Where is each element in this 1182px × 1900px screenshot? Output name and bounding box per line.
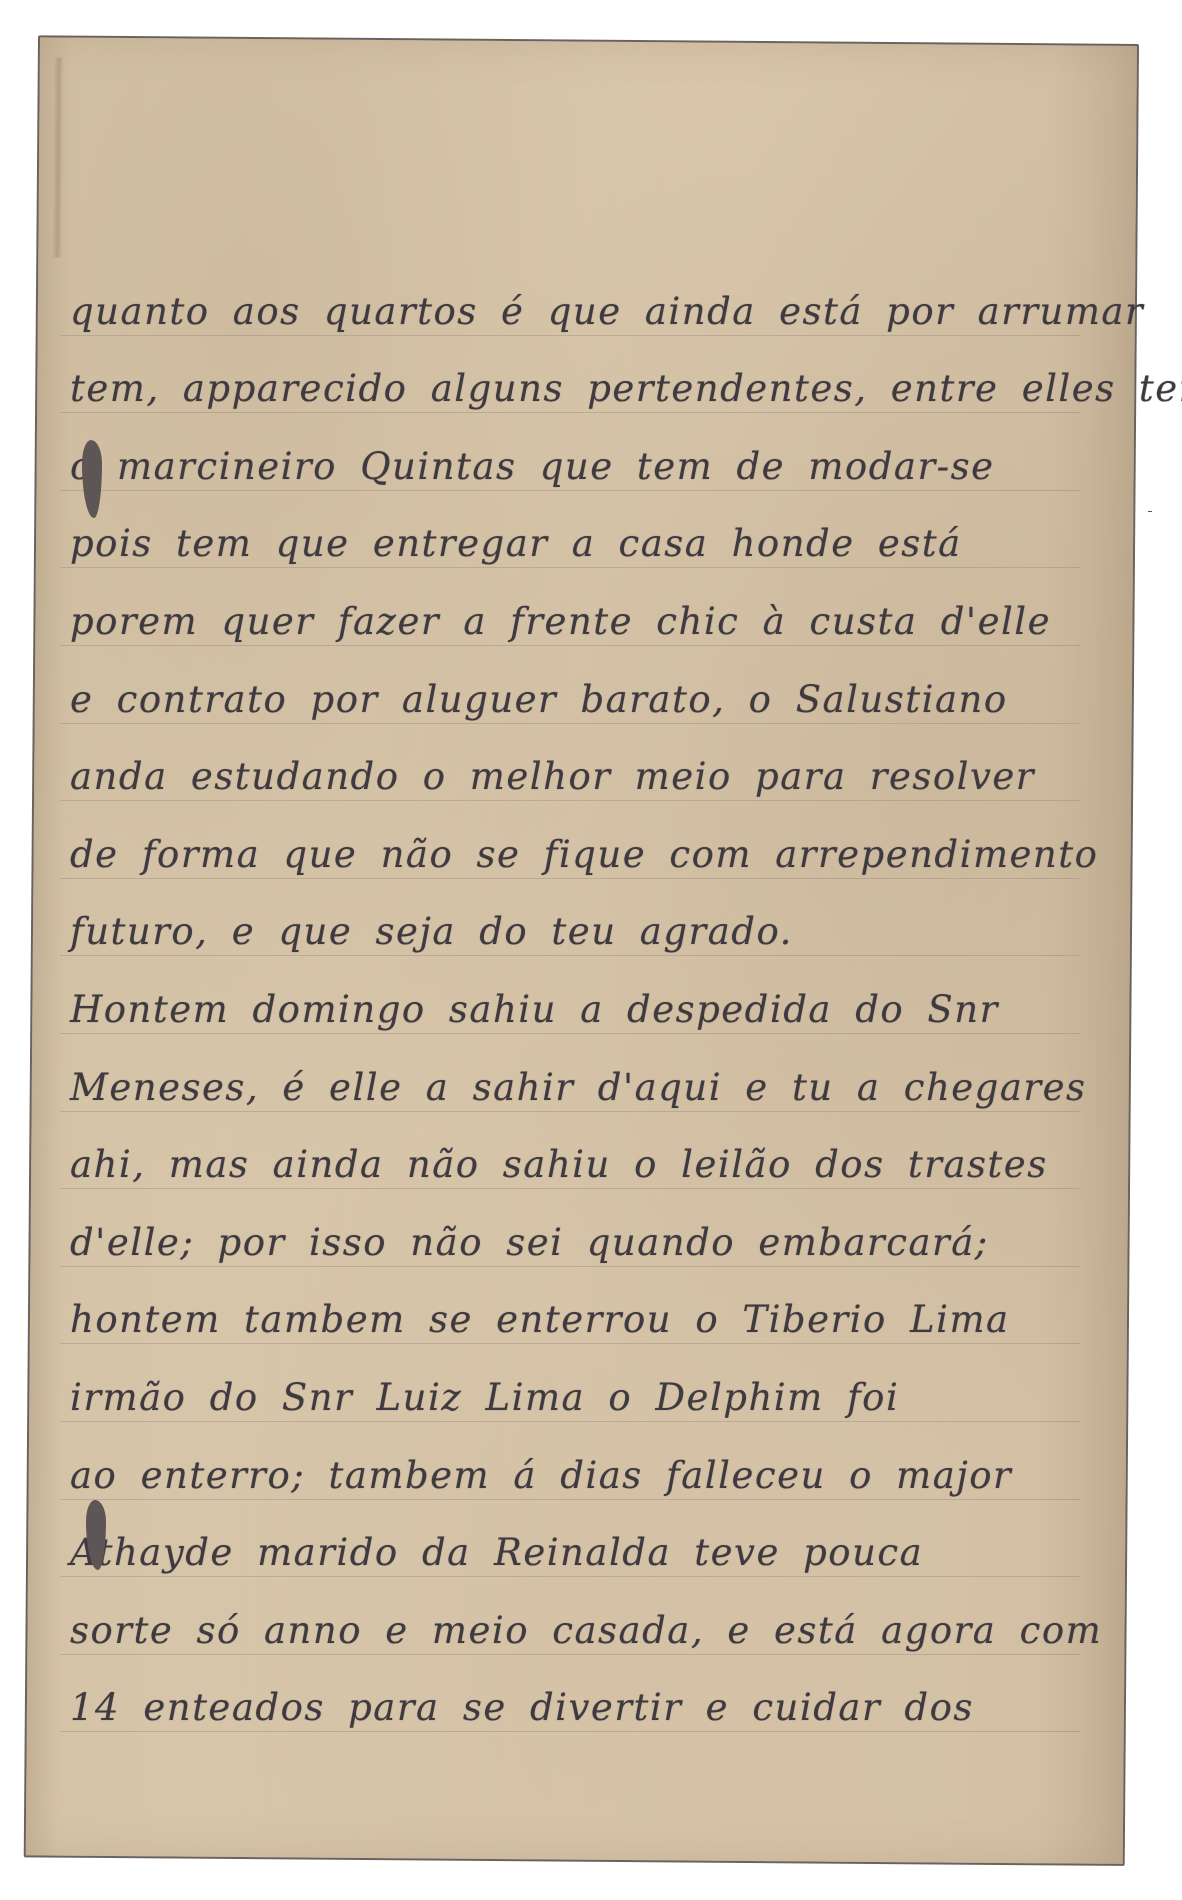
text-line: tem, apparecido alguns pertendentes, ent… — [60, 336, 1080, 414]
text-line: e contrato por aluguer barato, o Salusti… — [60, 646, 1080, 724]
text-line: futuro, e que seja do teu agrado. — [60, 879, 1080, 957]
scan-speck — [1148, 511, 1152, 512]
text-line: ao enterro; tambem á dias falleceu o maj… — [60, 1422, 1080, 1500]
line-text: de forma que não se fique com arrependim… — [70, 833, 1098, 876]
text-line: Athayde marido da Reinalda teve pouca — [60, 1500, 1080, 1578]
line-text: ao enterro; tambem á dias falleceu o maj… — [70, 1454, 1012, 1497]
line-text: 14 enteados para se divertir e cuidar do… — [70, 1686, 974, 1729]
line-text: Athayde marido da Reinalda teve pouca — [70, 1531, 923, 1574]
line-text: anda estudando o melhor meio para resolv… — [70, 755, 1035, 798]
line-text: ahi, mas ainda não sahiu o leilão dos tr… — [70, 1143, 1048, 1186]
text-line: porem quer fazer a frente chic à custa d… — [60, 568, 1080, 646]
line-text: tem, apparecido alguns pertendentes, ent… — [70, 367, 1182, 410]
line-text: porem quer fazer a frente chic à custa d… — [70, 600, 1051, 643]
line-text: d'elle; por isso não sei quando embarcar… — [70, 1221, 989, 1264]
text-line: pois tem que entregar a casa honde está — [60, 491, 1080, 569]
line-text: irmão do Snr Luiz Lima o Delphim foi — [70, 1376, 899, 1419]
text-line: Hontem domingo sahiu a despedida do Snr — [60, 956, 1080, 1034]
text-line: Meneses, é elle a sahir d'aqui e tu a ch… — [60, 1034, 1080, 1112]
handwritten-text-block: quanto aos quartos é que ainda está por … — [60, 258, 1080, 1732]
text-line: anda estudando o melhor meio para resolv… — [60, 724, 1080, 802]
text-line: quanto aos quartos é que ainda está por … — [60, 258, 1080, 336]
line-text: futuro, e que seja do teu agrado. — [70, 910, 793, 953]
line-text: sorte só anno e meio casada, e está agor… — [70, 1609, 1102, 1652]
line-text: hontem tambem se enterrou o Tiberio Lima — [70, 1298, 1010, 1341]
line-text: o marcineiro Quintas que tem de modar-se — [70, 445, 995, 488]
line-text: e contrato por aluguer barato, o Salusti… — [70, 678, 1008, 721]
line-text: pois tem que entregar a casa honde está — [70, 522, 962, 565]
text-line: o marcineiro Quintas que tem de modar-se — [60, 413, 1080, 491]
text-line: de forma que não se fique com arrependim… — [60, 801, 1080, 879]
text-line: sorte só anno e meio casada, e está agor… — [60, 1577, 1080, 1655]
text-line: d'elle; por isso não sei quando embarcar… — [60, 1189, 1080, 1267]
text-line: irmão do Snr Luiz Lima o Delphim foi — [60, 1344, 1080, 1422]
text-line: hontem tambem se enterrou o Tiberio Lima — [60, 1267, 1080, 1345]
line-text: quanto aos quartos é que ainda está por … — [70, 290, 1144, 333]
text-line: 14 enteados para se divertir e cuidar do… — [60, 1655, 1080, 1733]
paper-fold-shadow — [52, 57, 64, 257]
line-text: Meneses, é elle a sahir d'aqui e tu a ch… — [70, 1066, 1087, 1109]
text-line: ahi, mas ainda não sahiu o leilão dos tr… — [60, 1112, 1080, 1190]
line-text: Hontem domingo sahiu a despedida do Snr — [70, 988, 999, 1031]
